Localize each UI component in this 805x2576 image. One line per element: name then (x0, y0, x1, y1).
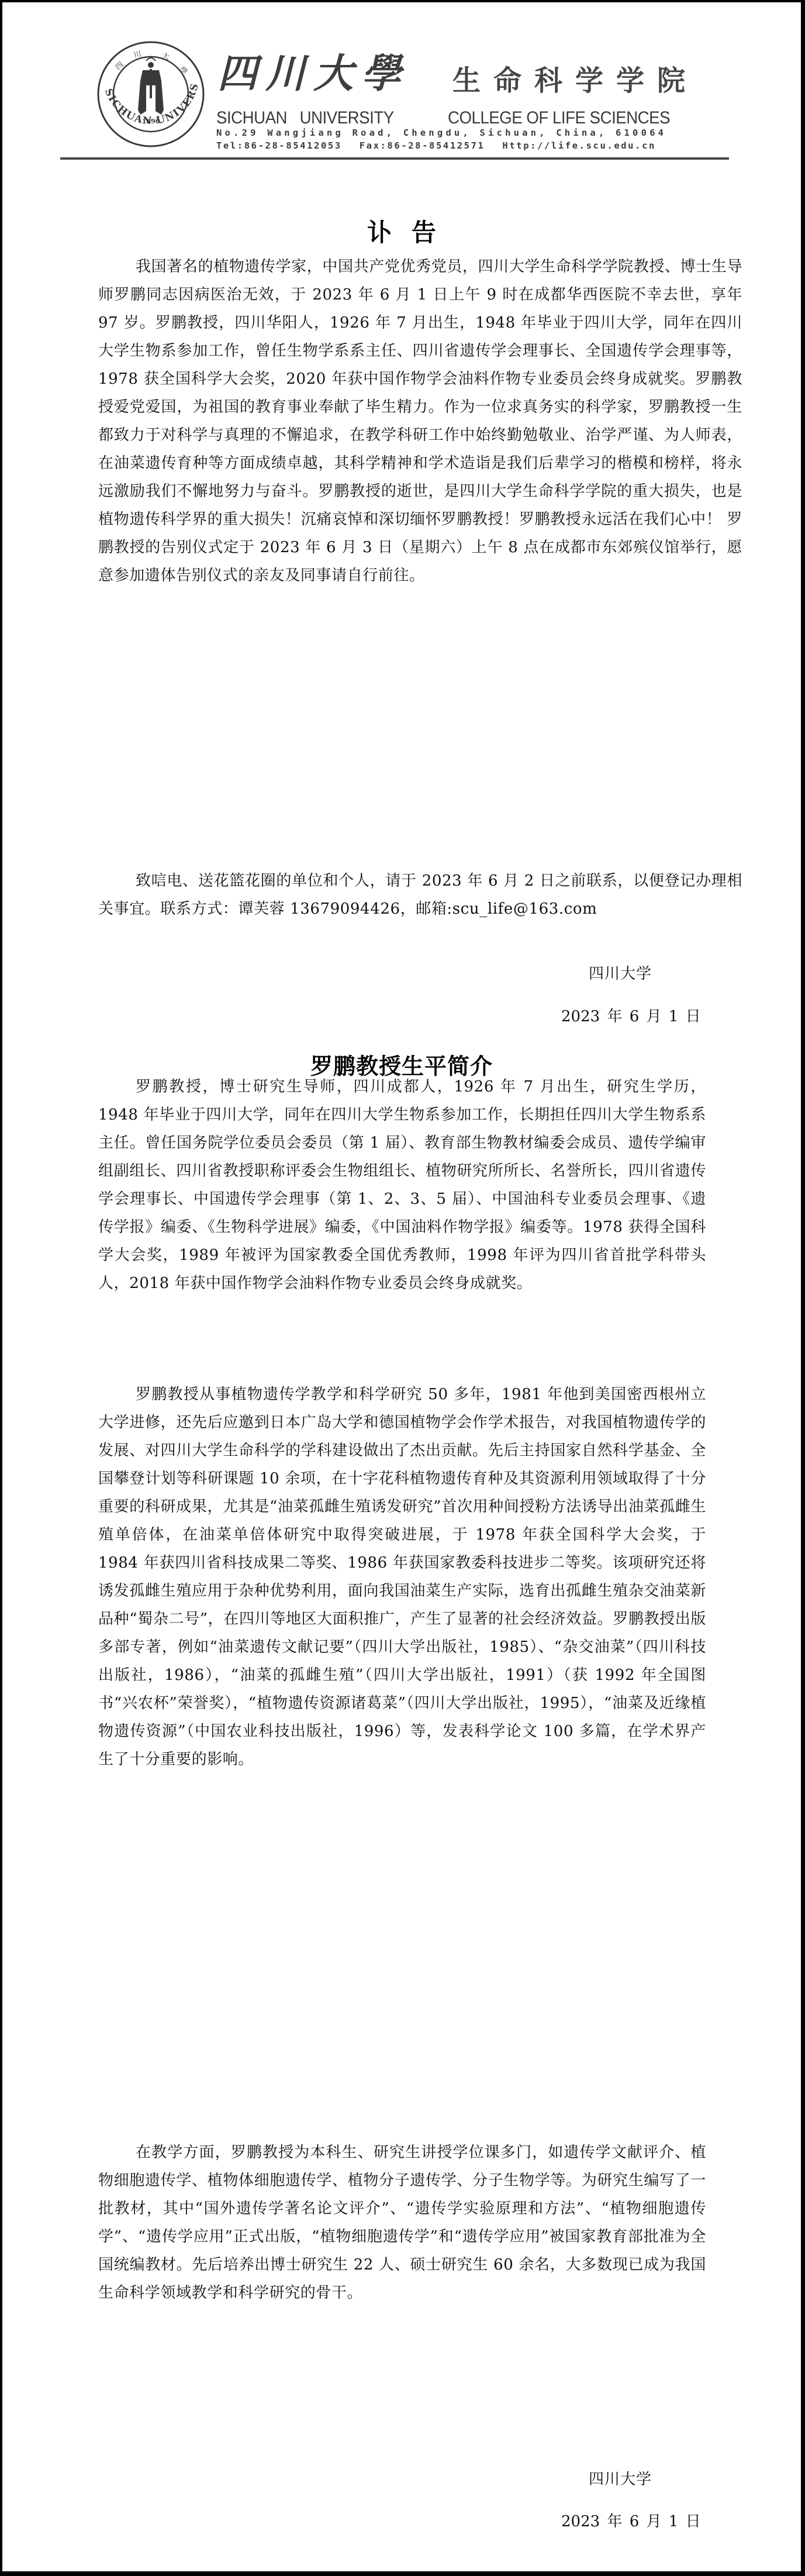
biography-paragraph: 在教学方面，罗鹏教授为本科生、研究生讲授学位课多门，如遗传学文献评介、植物细胞遗… (98, 2138, 706, 2307)
document-page: 1896 四 川 大 學 SICHUAN UNIVERSITY 四川大學 生命科… (2, 2, 801, 2571)
letterhead: 1896 四 川 大 學 SICHUAN UNIVERSITY 四川大學 生命科… (2, 2, 801, 166)
obituary-signature-date: 2023 年 6 月 1 日 (561, 1009, 701, 1024)
college-name-cn: 生命科学学院 (452, 67, 698, 95)
letterhead-address: No.29 Wangjiang Road, Chengdu, Sichuan, … (216, 129, 666, 138)
university-seal-icon: 1896 四 川 大 學 SICHUAN UNIVERSITY (96, 40, 206, 149)
college-name-en: COLLEGE OF LIFE SCIENCES (448, 109, 670, 127)
biography-signature-org: 四川大学 (589, 2472, 652, 2487)
obituary-paragraph: 我国著名的植物遗传学家，中国共产党优秀党员，四川大学生命科学学院教授、博士生导师… (98, 253, 742, 590)
letterhead-divider (60, 157, 729, 160)
biography-signature-date: 2023 年 6 月 1 日 (561, 2514, 701, 2529)
biography-paragraph: 罗鹏教授从事植物遗传学教学和科学研究 50 多年，1981 年他到美国密西根州立… (98, 1380, 706, 1773)
biography-paragraph: 罗鹏教授，博士研究生导师，四川成都人，1926 年 7 月出生，研究生学历，19… (98, 1073, 706, 1297)
letterhead-contact: Tel:86-28-85412053 Fax:86-28-85412571 Ht… (216, 142, 656, 151)
university-name-cn: 四川大學 (217, 54, 409, 94)
svg-text:大: 大 (161, 51, 171, 62)
obituary-contact-paragraph: 致唁电、送花篮花圈的单位和个人，请于 2023 年 6 月 2 日之前联系，以便… (98, 867, 742, 923)
obituary-signature-org: 四川大学 (589, 966, 652, 982)
svg-text:學: 學 (177, 66, 189, 77)
university-name-en: SICHUAN UNIVERSITY (216, 109, 394, 127)
svg-text:四: 四 (114, 60, 126, 72)
obituary-title: 讣告 (2, 221, 801, 245)
